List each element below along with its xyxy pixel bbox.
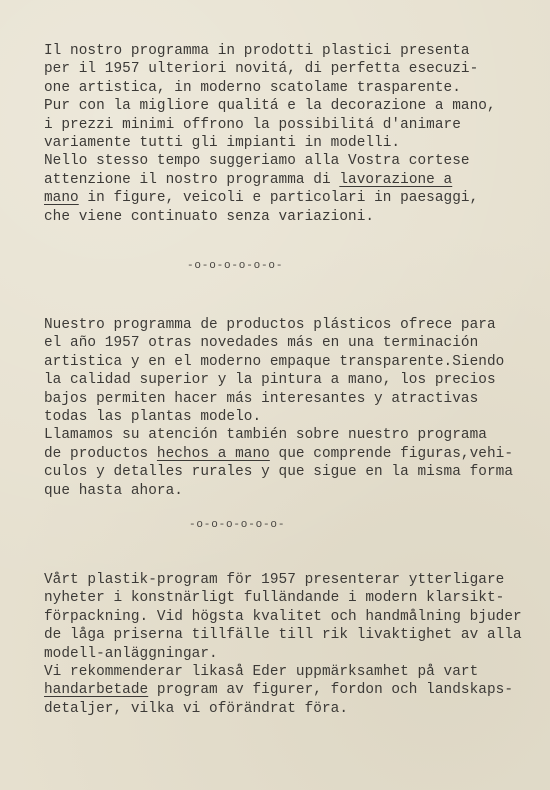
underlined-phrase: mano [44, 190, 79, 206]
text-line: i prezzi minimi offrono la possibilitá d… [44, 116, 496, 134]
text-segment: que hasta ahora. [44, 483, 183, 499]
text-line: la calidad superior y la pintura a mano,… [44, 371, 513, 389]
text-line: culos y detalles rurales y que sigue en … [44, 463, 513, 481]
text-line: Vi rekommenderar likaså Eder uppmärksamh… [44, 663, 522, 681]
typewritten-page: Il nostro programma in prodotti plastici… [0, 0, 550, 790]
text-line: per il 1957 ulteriori novitá, di perfett… [44, 60, 496, 78]
text-line: Nuestro programma de productos plásticos… [44, 316, 513, 334]
paragraph-spanish: Nuestro programma de productos plásticos… [44, 316, 513, 500]
text-line: todas las plantas modelo. [44, 408, 513, 426]
underlined-phrase: hechos a mano [157, 446, 270, 462]
text-segment: one artistica, in moderno scatolame tras… [44, 80, 461, 96]
text-segment: Vårt plastik-program för 1957 presentera… [44, 572, 504, 588]
text-line: Pur con la migliore qualitá e la decoraz… [44, 97, 496, 115]
text-line: bajos permiten hacer más interesantes y … [44, 390, 513, 408]
text-line: que hasta ahora. [44, 482, 513, 500]
text-segment: la calidad superior y la pintura a mano,… [44, 372, 496, 388]
text-line: Il nostro programma in prodotti plastici… [44, 42, 496, 60]
text-line: förpackning. Vid högsta kvalitet och han… [44, 608, 522, 626]
text-segment: Il nostro programma in prodotti plastici… [44, 43, 470, 59]
text-segment: che viene continuato senza variazioni. [44, 209, 374, 225]
text-segment: culos y detalles rurales y que sigue en … [44, 464, 513, 480]
text-line: el año 1957 otras novedades más en una t… [44, 334, 513, 352]
text-segment: Nuestro programma de productos plásticos… [44, 317, 496, 333]
text-segment: Pur con la migliore qualitá e la decoraz… [44, 98, 496, 114]
text-segment: modell-anläggningar. [44, 646, 218, 662]
text-segment: i prezzi minimi offrono la possibilitá d… [44, 117, 461, 133]
text-line: detaljer, vilka vi oförändrat föra. [44, 700, 522, 718]
text-segment: in figure, veicoli e particolari in paes… [79, 190, 479, 206]
text-line: Nello stesso tempo suggeriamo alla Vostr… [44, 152, 496, 170]
text-segment: de låga priserna tillfälle till rik liva… [44, 627, 522, 643]
text-segment: que comprende figuras,vehi- [270, 446, 513, 462]
text-line: nyheter i konstnärligt fulländande i mod… [44, 589, 522, 607]
text-segment: Nello stesso tempo suggeriamo alla Vostr… [44, 153, 470, 169]
section-divider: -o-o-o-o-o-o- [189, 519, 285, 531]
text-line: handarbetade program av figurer, fordon … [44, 681, 522, 699]
text-segment: detaljer, vilka vi oförändrat föra. [44, 701, 348, 717]
text-segment: artistica y en el moderno empaque transp… [44, 354, 504, 370]
text-segment: förpackning. Vid högsta kvalitet och han… [44, 609, 522, 625]
text-segment: el año 1957 otras novedades más en una t… [44, 335, 478, 351]
section-divider: -o-o-o-o-o-o- [187, 260, 283, 272]
text-line: modell-anläggningar. [44, 645, 522, 663]
text-line: de låga priserna tillfälle till rik liva… [44, 626, 522, 644]
text-line: variamente tutti gli impianti in modelli… [44, 134, 496, 152]
text-segment: per il 1957 ulteriori novitá, di perfett… [44, 61, 478, 77]
text-line: de productos hechos a mano que comprende… [44, 445, 513, 463]
text-segment: bajos permiten hacer más interesantes y … [44, 391, 478, 407]
text-segment: attenzione il nostro programma di [44, 172, 339, 188]
text-segment: variamente tutti gli impianti in modelli… [44, 135, 400, 151]
text-segment: nyheter i konstnärligt fulländande i mod… [44, 590, 504, 606]
text-segment: Vi rekommenderar likaså Eder uppmärksamh… [44, 664, 478, 680]
text-segment: de productos [44, 446, 157, 462]
text-line: Vårt plastik-program för 1957 presentera… [44, 571, 522, 589]
text-segment: Llamamos su atención también sobre nuest… [44, 427, 487, 443]
paragraph-swedish: Vårt plastik-program för 1957 presentera… [44, 571, 522, 718]
text-line: artistica y en el moderno empaque transp… [44, 353, 513, 371]
text-line: attenzione il nostro programma di lavora… [44, 171, 496, 189]
text-segment: program av figurer, fordon och landskaps… [148, 682, 513, 698]
text-line: che viene continuato senza variazioni. [44, 208, 496, 226]
text-line: Llamamos su atención también sobre nuest… [44, 426, 513, 444]
underlined-phrase: handarbetade [44, 682, 148, 698]
paragraph-italian: Il nostro programma in prodotti plastici… [44, 42, 496, 226]
text-line: one artistica, in moderno scatolame tras… [44, 79, 496, 97]
text-segment: todas las plantas modelo. [44, 409, 261, 425]
underlined-phrase: lavorazione a [339, 172, 452, 188]
text-line: mano in figure, veicoli e particolari in… [44, 189, 496, 207]
